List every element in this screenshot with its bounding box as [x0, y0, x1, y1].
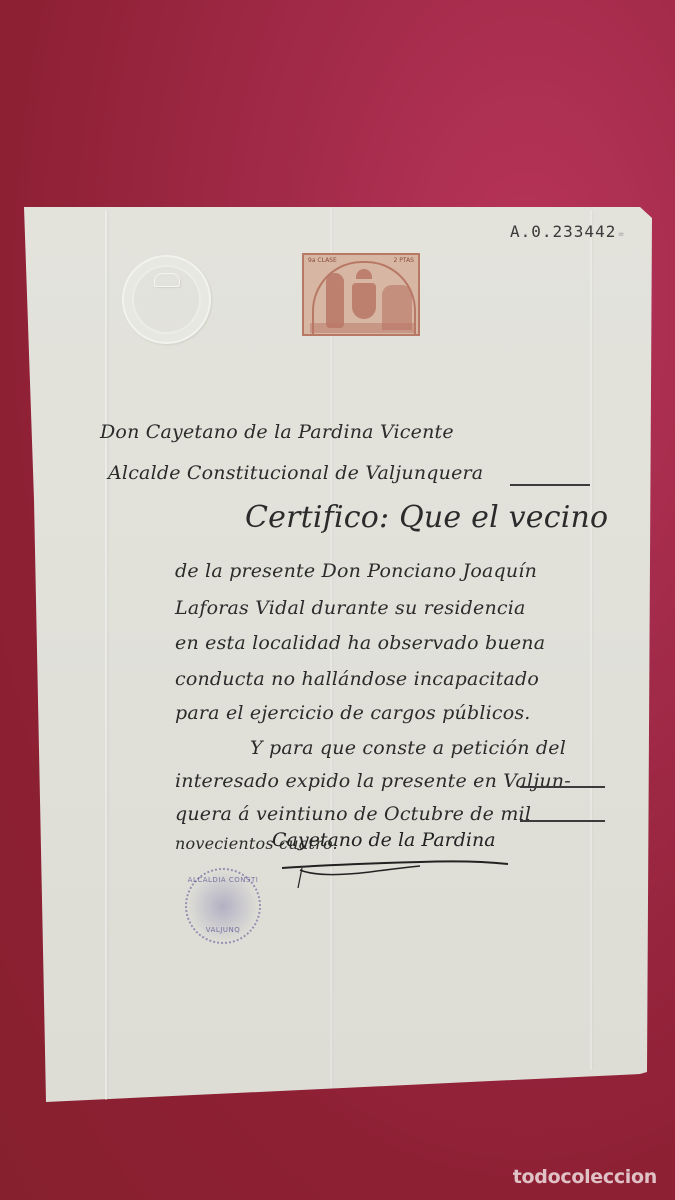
body-line: interesado expido la presente en Valjun- — [175, 770, 571, 792]
fold-line — [590, 210, 592, 1070]
tax-stamp: 9a CLASE 2 PTAS — [302, 253, 420, 336]
crown-icon — [154, 273, 180, 287]
stamp-class-label: 9a CLASE — [308, 257, 337, 264]
embossed-seal-icon — [122, 255, 211, 344]
body-line: de la presente Don Ponciano Joaquín — [175, 560, 537, 582]
fold-line — [105, 210, 107, 1100]
certifico-heading: Certifico: Que el vecino — [245, 500, 608, 535]
allegory-figure-icon — [326, 273, 344, 328]
body-line: en esta localidad ha observado buena — [175, 632, 545, 654]
municipal-ink-seal-icon: ALCALDIA CONSTI VALJUNQ — [185, 868, 261, 944]
ink-seal-bottom-text: VALJUNQ — [187, 926, 259, 934]
stamp-value-label: 2 PTAS — [394, 257, 414, 264]
crown-icon — [356, 269, 372, 279]
body-line: quera á veintiuno de Octubre de mil — [175, 803, 531, 825]
body-line: para el ejercicio de cargos públicos. — [175, 702, 531, 724]
body-line: Laforas Vidal durante su residencia — [175, 597, 526, 619]
line-rule — [520, 820, 605, 822]
line-rule — [510, 484, 590, 486]
signature-flourish-icon — [280, 860, 510, 890]
watermark-logo: todocoleccion — [513, 1166, 657, 1188]
serial-number-text: A.0.233442 — [510, 222, 616, 241]
body-line: Don Cayetano de la Pardina Vicente — [100, 421, 454, 443]
body-line: Alcalde Constitucional de Valjunquera — [108, 462, 483, 484]
serial-number: A.0.233442= — [510, 222, 625, 241]
coat-of-arms-icon — [352, 283, 376, 319]
signature: Cayetano de la Pardina — [272, 829, 496, 851]
body-line-heading: Certifico: Que el vecino — [245, 500, 608, 535]
body-line: conducta no hallándose incapacitado — [175, 668, 539, 690]
ink-seal-top-text: ALCALDIA CONSTI — [187, 876, 259, 884]
line-rule — [520, 786, 605, 788]
serial-suffix: = — [618, 230, 624, 240]
ground-band — [310, 323, 414, 333]
body-line: Y para que conste a petición del — [250, 737, 566, 759]
